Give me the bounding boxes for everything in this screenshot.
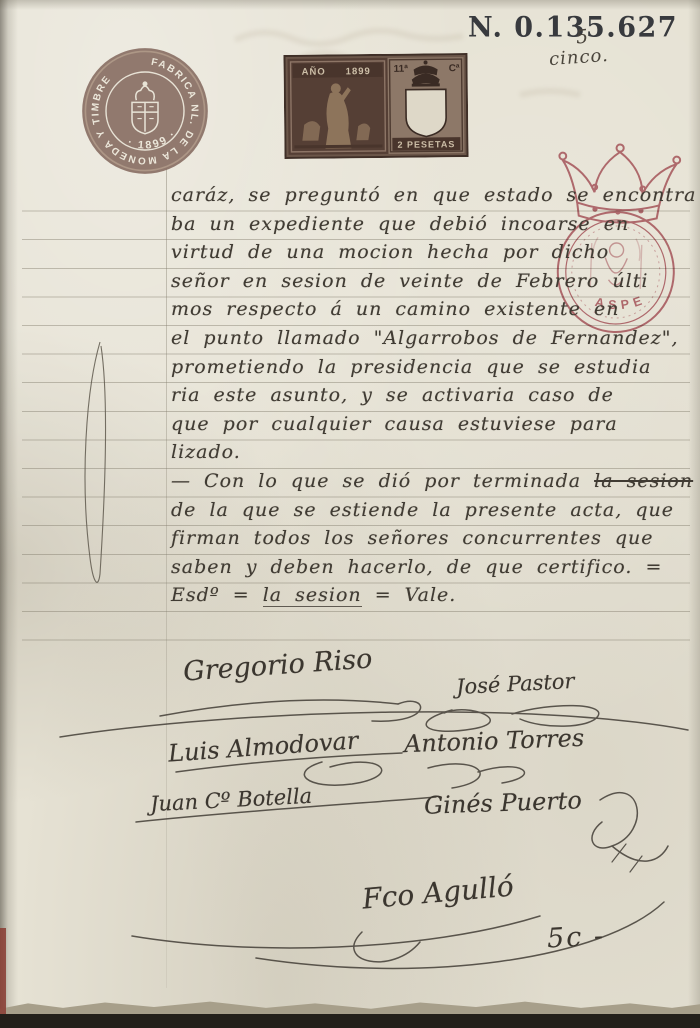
mint-dry-seal: FABRICA NL. DE LA MONEDA Y TIMBRE · 1899… <box>80 46 210 176</box>
stamp-year-label: AÑO <box>302 67 326 78</box>
stamp-year: 1899 <box>346 66 371 77</box>
signature-gregorio-riso: Gregorio Riso <box>182 643 373 687</box>
page-edge-right <box>688 0 700 1028</box>
signature-luis-almodovar: Luis Almodovar <box>167 726 359 767</box>
closing-line-text: — Con lo que se dió por terminada <box>171 470 594 492</box>
manuscript-text: caráz, se preguntó en que estado se enco… <box>171 184 671 613</box>
emendation-suffix: = Vale. <box>362 584 457 606</box>
manuscript-line: lizado. <box>171 441 671 470</box>
manuscript-line: ba un expediente que debió incoarse en <box>171 213 671 242</box>
emendation-note: Esdº = la sesion = Vale. <box>171 584 671 613</box>
emendation-prefix: Esdº = <box>171 584 263 606</box>
binding-strip <box>0 928 6 1014</box>
signature-juan-botella: Juan Cº Botella <box>149 784 312 816</box>
manuscript-line: saben y deben hacerlo, de que certifico.… <box>171 556 671 585</box>
signature-gines-puerto: Ginés Puerto <box>424 786 583 819</box>
page-edge-left <box>0 0 18 1028</box>
signature-jose-pastor: José Pastor <box>455 669 575 699</box>
manuscript-line: que por cualquier causa estuviese para <box>171 413 671 442</box>
margin-fold-line <box>166 168 167 988</box>
stamp-value-panel: 11ª Cª 2 PESETAS <box>387 57 464 154</box>
manuscript-line: ria este asunto, y se activaria caso de <box>171 384 671 413</box>
stamp-class-right: Cª <box>449 63 460 74</box>
manuscript-line: de la que se estiende la presente acta, … <box>171 499 671 528</box>
margin-flourish <box>85 342 105 582</box>
signature-fco-agullo: Fco Agulló <box>361 869 515 915</box>
hand-number: 5 <box>575 25 589 48</box>
stamp-value: 2 PESETAS <box>397 139 455 150</box>
manuscript-line: el punto llamado "Algarrobos de Fernande… <box>171 327 671 356</box>
signature-antonio-torres: Antonio Torres <box>404 724 585 758</box>
struck-text: la sesion <box>594 470 693 492</box>
page-edge-top <box>0 0 700 10</box>
stamp-class-left: 11ª <box>394 64 409 75</box>
manuscript-line closing-line: — Con lo que se dió por terminada la ses… <box>171 470 671 499</box>
emendation-referenced-words: la sesion <box>263 584 362 607</box>
stamp-allegory-panel: AÑO 1899 <box>288 58 389 155</box>
manuscript-line: caráz, se preguntó en que estado se enco… <box>171 184 671 213</box>
manuscript-line: prometiendo la presidencia que se estudi… <box>171 356 671 385</box>
manuscript-line: señor en sesion de veinte de Febrero últ… <box>171 270 671 299</box>
manuscript-line: virtud de una mocion hecha por dicho <box>171 241 671 270</box>
revenue-stamp: AÑO 1899 11ª Cª <box>283 53 468 159</box>
scanned-document-page: N. 0.135.627 5 cinco. FABRICA NL. DE LA … <box>0 0 700 1028</box>
manuscript-line: mos respecto á un camino existente en <box>171 298 671 327</box>
scan-background-band <box>0 1014 700 1028</box>
hand-number-word: cinco. <box>548 45 609 70</box>
blank-shield <box>406 89 446 136</box>
manuscript-line: firman todos los señores concurrentes qu… <box>171 527 671 556</box>
bottom-annotation: 5c - <box>546 921 606 955</box>
